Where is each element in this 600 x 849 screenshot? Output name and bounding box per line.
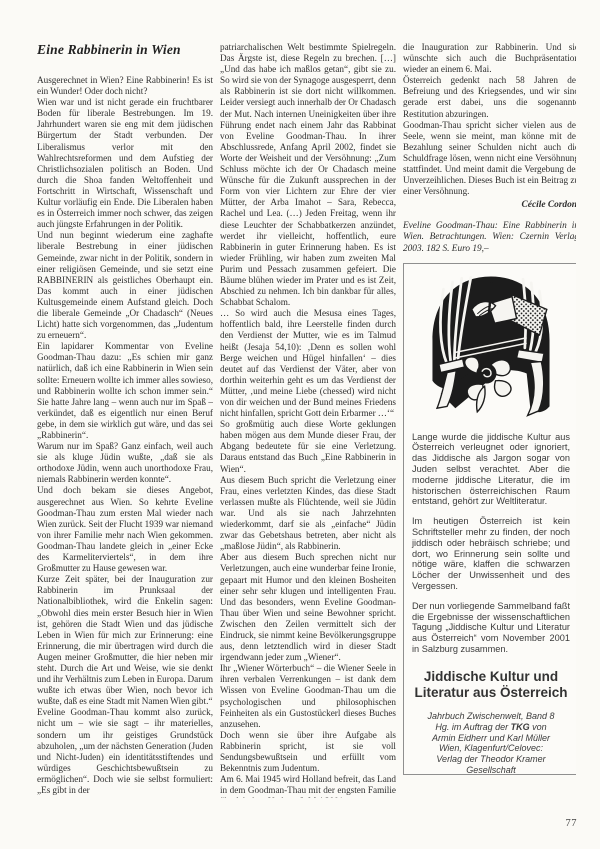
article-paragraph: Aber aus diesem Buch sprechen nicht nur … (220, 552, 396, 663)
imprint-text: von (530, 722, 547, 732)
ad-paragraph: Der nun vorliegende Sammelband faßt die … (412, 601, 570, 655)
article-paragraph: Ein lapidarer Kommentar von Eveline Good… (37, 341, 213, 441)
imprint-places: Wien, Klagenfurt/Celovec: (412, 743, 570, 754)
imprint-series: Jahrbuch Zwischenwelt, Band 8 (412, 711, 570, 722)
article-paragraph: Eveline Goodman-Thau kommt also zurück, … (37, 707, 213, 796)
imprint-publisher: Verlag der Theodor Kramer Gesellschaft (412, 754, 570, 774)
article-title: Eine Rabbinerin in Wien (37, 42, 213, 58)
ad-imprint: Jahrbuch Zwischenwelt, Band 8 Hg. im Auf… (412, 711, 570, 775)
book-reference: Eveline Goodman-Thau: Eine Rabbinerin in… (403, 221, 576, 254)
article-paragraph: Goodman-Thau spricht sicher vielen aus d… (403, 120, 576, 198)
ad-paragraph: Im heutigen Österreich ist kein Schrifts… (412, 516, 570, 592)
ad-book-title-line2: Literatur aus Österreich (412, 685, 570, 701)
imprint-text: Hg. im Auftrag der (435, 722, 510, 732)
woodcut-illustration (424, 271, 558, 421)
article-paragraph: Aus diesem Buch spricht die Verletzung e… (220, 475, 396, 553)
ad-paragraph: Lange wurde die jiddische Kultur aus Öst… (412, 432, 570, 508)
journal-page: Eine Rabbinerin in Wien Ausgerechnet in … (0, 0, 600, 849)
article-paragraph: Am 6. Mai 1945 wird Holland befreit, das… (220, 774, 396, 798)
ad-book-title-line1: Jiddische Kultur und (412, 669, 570, 685)
article-paragraph: Kurze Zeit später, bei der Inauguration … (37, 574, 213, 707)
imprint-tkg: TKG (511, 722, 530, 732)
page-number: 77 (566, 818, 578, 829)
illustration-container (412, 271, 570, 426)
article-paragraph: Und doch bekam sie dieses Angebot, ausge… (37, 485, 213, 574)
article-paragraph: patriarchalischen Welt bestimmte Spielre… (220, 42, 396, 308)
article-paragraph: So großmütig auch diese Worte geklungen … (220, 419, 396, 474)
imprint-editors-intro: Hg. im Auftrag der TKG von (412, 722, 570, 733)
book-ad-box: Lange wurde die jiddische Kultur aus Öst… (403, 263, 576, 775)
article-paragraph: Doch wenn sie über ihre Aufgabe als Rabb… (220, 730, 396, 774)
author-byline: Cécile Cordon (403, 200, 576, 210)
column-1: Eine Rabbinerin in Wien Ausgerechnet in … (37, 42, 213, 798)
ad-book-title: Jiddische Kultur und Literatur aus Öster… (412, 669, 570, 701)
imprint-editors: Armin Eidherr und Karl Müller (412, 733, 570, 744)
article-paragraph: Ausgerechnet in Wien? Eine Rabbinerin! E… (37, 75, 213, 97)
article-columns: Eine Rabbinerin in Wien Ausgerechnet in … (37, 42, 576, 798)
article-paragraph: Ihr „Wiener Wörterbuch“ – die Wiener See… (220, 663, 396, 730)
article-paragraph: Wien war und ist nicht gerade ein frucht… (37, 97, 213, 230)
article-paragraph: Warum nur im Spaß? Ganz einfach, weil au… (37, 441, 213, 485)
article-paragraph: Und nun beginnt wiederum eine zaghafte l… (37, 230, 213, 341)
article-paragraph: die Inauguration zur Rabbinerin. Und sie… (403, 42, 576, 75)
article-paragraph: … So wird auch die Mesusa eines Tages, h… (220, 308, 396, 419)
column-3: die Inauguration zur Rabbinerin. Und sie… (403, 42, 576, 798)
column-2: patriarchalischen Welt bestimmte Spielre… (220, 42, 396, 798)
article-paragraph: Österreich gedenkt nach 58 Jahren der Be… (403, 75, 576, 119)
